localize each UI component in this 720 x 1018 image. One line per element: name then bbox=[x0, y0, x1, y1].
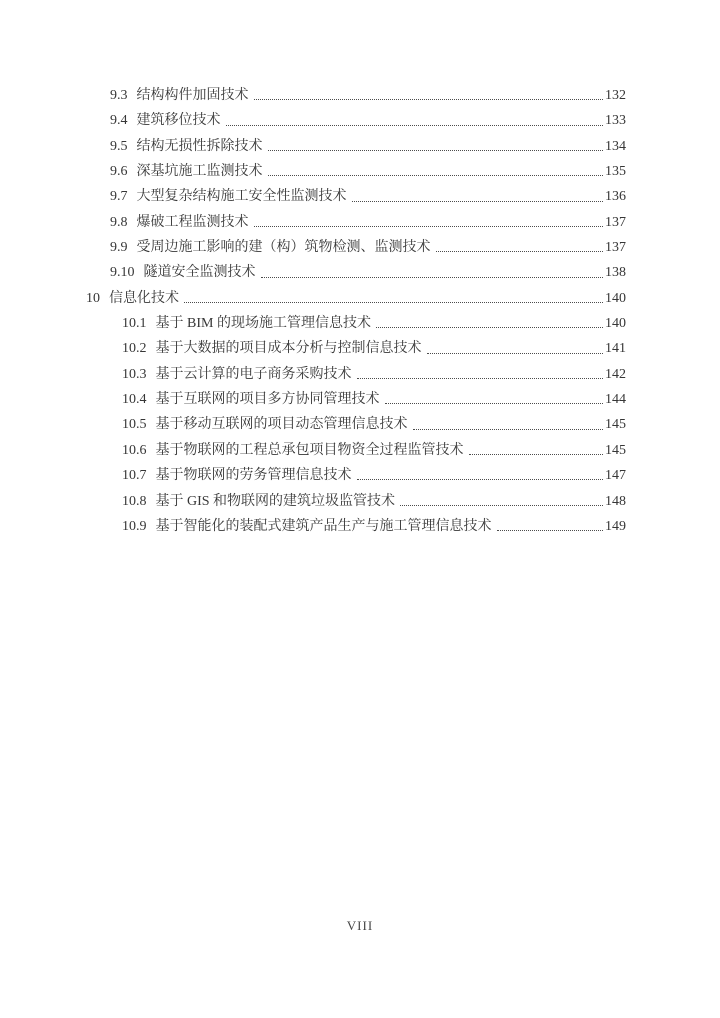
toc-entry: 9.3结构构件加固技术132 bbox=[0, 83, 720, 108]
entry-title: 基于移动互联网的项目动态管理信息技术 bbox=[156, 412, 408, 437]
entry-number: 10.7 bbox=[122, 463, 147, 488]
dot-leader bbox=[184, 302, 603, 303]
entry-page: 147 bbox=[605, 463, 626, 488]
page-number: VIII bbox=[347, 918, 373, 933]
dot-leader bbox=[469, 454, 604, 455]
entry-title: 基于物联网的工程总承包项目物资全过程监管技术 bbox=[156, 438, 464, 463]
toc-entry: 9.5结构无损性拆除技术134 bbox=[0, 134, 720, 159]
entry-title: 受周边施工影响的建（构）筑物检测、监测技术 bbox=[137, 235, 431, 260]
toc-entry: 10.7基于物联网的劳务管理信息技术147 bbox=[0, 463, 720, 488]
dot-leader bbox=[497, 530, 604, 531]
entry-page: 141 bbox=[605, 336, 626, 361]
entry-number: 9.8 bbox=[110, 210, 128, 235]
entry-page: 140 bbox=[605, 311, 626, 336]
entry-title: 基于云计算的电子商务采购技术 bbox=[156, 362, 352, 387]
entry-page: 145 bbox=[605, 412, 626, 437]
entry-number: 9.6 bbox=[110, 159, 128, 184]
toc-entry: 10.8基于 GIS 和物联网的建筑垃圾监管技术148 bbox=[0, 489, 720, 514]
table-of-contents: 9.3结构构件加固技术1329.4建筑移位技术1339.5结构无损性拆除技术13… bbox=[0, 83, 720, 539]
dot-leader bbox=[357, 479, 604, 480]
dot-leader bbox=[268, 175, 604, 176]
toc-entry: 9.4建筑移位技术133 bbox=[0, 108, 720, 133]
entry-number: 10.5 bbox=[122, 412, 147, 437]
document-page: 9.3结构构件加固技术1329.4建筑移位技术1339.5结构无损性拆除技术13… bbox=[0, 0, 720, 1018]
dot-leader bbox=[261, 277, 604, 278]
dot-leader bbox=[376, 327, 603, 328]
toc-entry: 10.4基于互联网的项目多方协同管理技术144 bbox=[0, 387, 720, 412]
dot-leader bbox=[352, 201, 604, 202]
entry-page: 144 bbox=[605, 387, 626, 412]
entry-title: 基于 GIS 和物联网的建筑垃圾监管技术 bbox=[156, 489, 396, 514]
dot-leader bbox=[268, 150, 604, 151]
entry-title: 信息化技术 bbox=[109, 286, 179, 311]
entry-page: 134 bbox=[605, 134, 626, 159]
dot-leader bbox=[254, 99, 604, 100]
dot-leader bbox=[254, 226, 604, 227]
toc-entry: 10.3基于云计算的电子商务采购技术142 bbox=[0, 362, 720, 387]
entry-title: 基于物联网的劳务管理信息技术 bbox=[156, 463, 352, 488]
entry-number: 10.4 bbox=[122, 387, 147, 412]
entry-title: 大型复杂结构施工安全性监测技术 bbox=[137, 184, 347, 209]
entry-number: 10 bbox=[86, 286, 100, 311]
entry-page: 136 bbox=[605, 184, 626, 209]
page-footer: VIII bbox=[0, 918, 720, 934]
toc-entry: 9.9受周边施工影响的建（构）筑物检测、监测技术137 bbox=[0, 235, 720, 260]
entry-number: 9.7 bbox=[110, 184, 128, 209]
entry-page: 132 bbox=[605, 83, 626, 108]
entry-title: 隧道安全监测技术 bbox=[144, 260, 256, 285]
entry-number: 10.6 bbox=[122, 438, 147, 463]
entry-title: 建筑移位技术 bbox=[137, 108, 221, 133]
entry-page: 137 bbox=[605, 235, 626, 260]
dot-leader bbox=[413, 429, 604, 430]
dot-leader bbox=[427, 353, 604, 354]
entry-title: 基于智能化的装配式建筑产品生产与施工管理信息技术 bbox=[156, 514, 492, 539]
entry-page: 148 bbox=[605, 489, 626, 514]
entry-title: 基于 BIM 的现场施工管理信息技术 bbox=[156, 311, 371, 336]
entry-title: 结构构件加固技术 bbox=[137, 83, 249, 108]
entry-number: 10.2 bbox=[122, 336, 147, 361]
entry-title: 结构无损性拆除技术 bbox=[137, 134, 263, 159]
toc-entry: 10信息化技术140 bbox=[0, 286, 720, 311]
entry-page: 140 bbox=[605, 286, 626, 311]
entry-title: 基于大数据的项目成本分析与控制信息技术 bbox=[156, 336, 422, 361]
toc-entry: 9.10隧道安全监测技术138 bbox=[0, 260, 720, 285]
toc-entry: 10.6基于物联网的工程总承包项目物资全过程监管技术145 bbox=[0, 438, 720, 463]
entry-number: 9.4 bbox=[110, 108, 128, 133]
entry-number: 9.10 bbox=[110, 260, 135, 285]
entry-page: 138 bbox=[605, 260, 626, 285]
entry-page: 133 bbox=[605, 108, 626, 133]
toc-entry: 9.6深基坑施工监测技术135 bbox=[0, 159, 720, 184]
dot-leader bbox=[436, 251, 604, 252]
dot-leader bbox=[400, 505, 603, 506]
entry-page: 149 bbox=[605, 514, 626, 539]
toc-entry: 10.9基于智能化的装配式建筑产品生产与施工管理信息技术149 bbox=[0, 514, 720, 539]
toc-entry: 9.8爆破工程监测技术137 bbox=[0, 210, 720, 235]
dot-leader bbox=[226, 125, 604, 126]
entry-number: 9.9 bbox=[110, 235, 128, 260]
toc-entry: 10.5基于移动互联网的项目动态管理信息技术145 bbox=[0, 412, 720, 437]
toc-entry: 10.1基于 BIM 的现场施工管理信息技术140 bbox=[0, 311, 720, 336]
entry-number: 10.8 bbox=[122, 489, 147, 514]
entry-title: 基于互联网的项目多方协同管理技术 bbox=[156, 387, 380, 412]
entry-page: 142 bbox=[605, 362, 626, 387]
entry-title: 爆破工程监测技术 bbox=[137, 210, 249, 235]
dot-leader bbox=[357, 378, 604, 379]
entry-number: 10.3 bbox=[122, 362, 147, 387]
entry-number: 9.3 bbox=[110, 83, 128, 108]
toc-entry: 10.2基于大数据的项目成本分析与控制信息技术141 bbox=[0, 336, 720, 361]
entry-number: 10.1 bbox=[122, 311, 147, 336]
entry-page: 137 bbox=[605, 210, 626, 235]
entry-page: 145 bbox=[605, 438, 626, 463]
entry-number: 9.5 bbox=[110, 134, 128, 159]
entry-title: 深基坑施工监测技术 bbox=[137, 159, 263, 184]
entry-number: 10.9 bbox=[122, 514, 147, 539]
entry-page: 135 bbox=[605, 159, 626, 184]
dot-leader bbox=[385, 403, 604, 404]
toc-entry: 9.7大型复杂结构施工安全性监测技术136 bbox=[0, 184, 720, 209]
